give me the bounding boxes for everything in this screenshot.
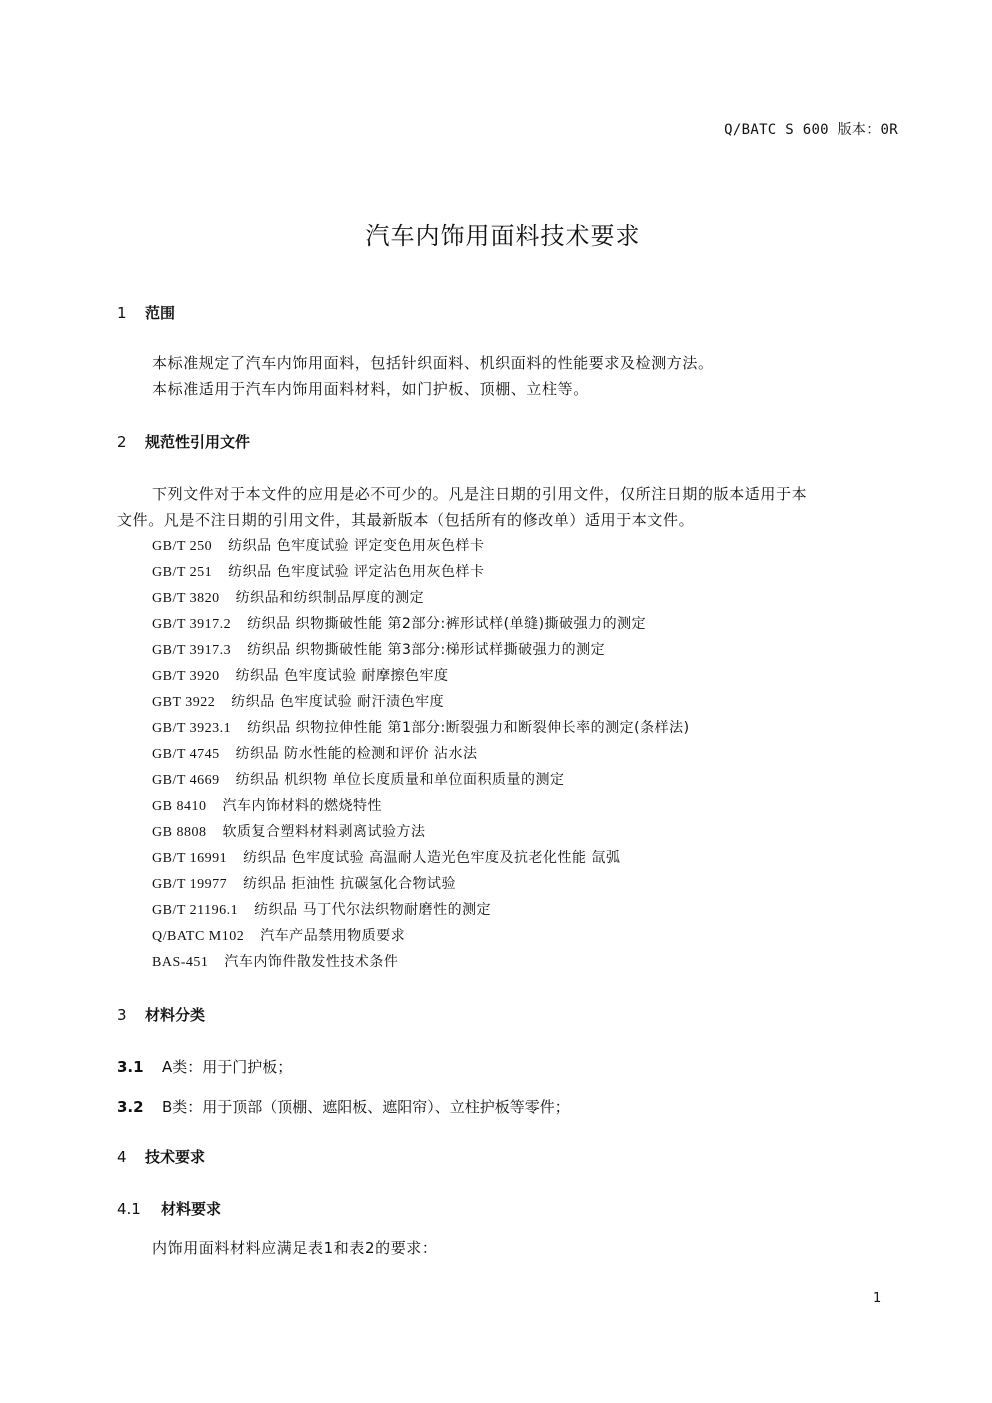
section-title: 材料分类 [145,1006,205,1024]
reference-code: GB/T 3820 [152,591,220,606]
reference-title: 纺织品 织物撕破性能 第3部分:梯形试样撕破强力的测定 [247,642,605,658]
reference-item: GB/T 19977纺织品 拒油性 抗碳氢化合物试验 [152,873,456,893]
page-title: 汽车内饰用面料技术要求 [0,216,992,251]
reference-code: GBT 3922 [152,695,215,710]
reference-title: 纺织品 织物拉伸性能 第1部分:断裂强力和断裂伸长率的测定(条样法) [247,720,689,736]
reference-code: GB/T 3920 [152,669,220,684]
references-intro-line-1: 下列文件对于本文件的应用是必不可少的。凡是注日期的引用文件，仅所注日期的版本适用… [152,483,807,504]
reference-title: 纺织品 防水性能的检测和评价 沾水法 [236,746,478,762]
reference-item: GB/T 21196.1纺织品 马丁代尔法织物耐磨性的测定 [152,899,491,919]
section-title: 规范性引用文件 [145,433,250,451]
reference-item: GB 8808软质复合塑料材料剥离试验方法 [152,821,425,841]
reference-code: BAS-451 [152,955,208,970]
reference-item: GB/T 3917.2纺织品 织物撕破性能 第2部分:裤形试样(单缝)撕破强力的… [152,613,646,633]
document-code: Q/BATC S 600 版本：0R [724,119,898,139]
section-number: 4.1 [117,1200,161,1218]
reference-code: Q/BATC M102 [152,929,244,944]
reference-title: 纺织品 色牢度试验 评定沾色用灰色样卡 [228,564,484,580]
reference-title: 纺织品 机织物 单位长度质量和单位面积质量的测定 [236,772,565,788]
reference-item: BAS-451汽车内饰件散发性技术条件 [152,951,398,971]
section-3-1: 3.1A类：用于门护板； [117,1056,292,1077]
reference-item: GB/T 251纺织品 色牢度试验 评定沾色用灰色样卡 [152,561,485,581]
reference-code: GB/T 3917.3 [152,643,231,658]
reference-item: GB/T 3920纺织品 色牢度试验 耐摩擦色牢度 [152,665,449,685]
reference-title: 纺织品 色牢度试验 耐汗渍色牢度 [231,694,444,710]
reference-code: GB/T 251 [152,565,212,580]
reference-title: 纺织品和纺织制品厚度的测定 [236,590,425,606]
scope-paragraph-2: 本标准适用于汽车内饰用面料材料，如门护板、顶棚、立柱等。 [152,378,589,399]
document-page: Q/BATC S 600 版本：0R 汽车内饰用面料技术要求 1范围 本标准规定… [0,0,992,1403]
reference-code: GB/T 4669 [152,773,220,788]
section-1-heading: 1范围 [117,302,175,323]
section-title: 技术要求 [145,1148,205,1166]
reference-code: GB/T 3923.1 [152,721,231,736]
reference-item: GB/T 4745纺织品 防水性能的检测和评价 沾水法 [152,743,478,763]
reference-item: GB/T 16991纺织品 色牢度试验 高温耐人造光色牢度及抗老化性能 氙弧 [152,847,621,867]
section-4-heading: 4技术要求 [117,1146,205,1167]
reference-item: GB/T 3923.1纺织品 织物拉伸性能 第1部分:断裂强力和断裂伸长率的测定… [152,717,690,737]
reference-title: 纺织品 拒油性 抗碳氢化合物试验 [243,876,456,892]
section-number: 2 [117,433,145,451]
reference-item: GB/T 4669纺织品 机织物 单位长度质量和单位面积质量的测定 [152,769,565,789]
section-text: B类：用于顶部（顶棚、遮阳板、遮阳帘）、立柱护板等零件； [162,1098,570,1116]
section-text: A类：用于门护板； [162,1058,292,1076]
reference-item: GB 8410汽车内饰材料的燃烧特性 [152,795,382,815]
reference-code: GB/T 250 [152,539,212,554]
reference-title: 汽车产品禁用物质要求 [260,928,405,944]
section-title: 范围 [145,304,175,322]
reference-code: GB/T 3917.2 [152,617,231,632]
reference-title: 软质复合塑料材料剥离试验方法 [222,824,425,840]
section-2-heading: 2规范性引用文件 [117,431,250,452]
references-intro-line-2: 文件。凡是不注日期的引用文件，其最新版本（包括所有的修改单）适用于本文件。 [117,509,694,530]
reference-code: GB 8808 [152,825,206,840]
reference-code: GB/T 21196.1 [152,903,238,918]
page-number: 1 [873,1291,881,1306]
reference-item: Q/BATC M102汽车产品禁用物质要求 [152,925,405,945]
section-number: 3.2 [117,1098,162,1116]
section-number: 4 [117,1148,145,1166]
reference-title: 汽车内饰件散发性技术条件 [224,954,398,970]
reference-title: 纺织品 马丁代尔法织物耐磨性的测定 [254,902,491,918]
section-number: 3 [117,1006,145,1024]
reference-code: GB/T 16991 [152,851,227,866]
section-3-2: 3.2B类：用于顶部（顶棚、遮阳板、遮阳帘）、立柱护板等零件； [117,1096,570,1117]
reference-item: GB/T 3820纺织品和纺织制品厚度的测定 [152,587,424,607]
reference-code: GB 8410 [152,799,206,814]
reference-code: GB/T 4745 [152,747,220,762]
reference-title: 纺织品 色牢度试验 高温耐人造光色牢度及抗老化性能 氙弧 [243,850,620,866]
reference-title: 汽车内饰材料的燃烧特性 [222,798,382,814]
material-requirements-paragraph: 内饰用面料材料应满足表1和表2的要求： [152,1237,438,1258]
section-number: 3.1 [117,1058,162,1076]
section-3-heading: 3材料分类 [117,1004,205,1025]
section-4-1-heading: 4.1材料要求 [117,1198,221,1219]
reference-item: GB/T 3917.3纺织品 织物撕破性能 第3部分:梯形试样撕破强力的测定 [152,639,605,659]
reference-item: GB/T 250纺织品 色牢度试验 评定变色用灰色样卡 [152,535,485,555]
scope-paragraph-1: 本标准规定了汽车内饰用面料，包括针织面料、机织面料的性能要求及检测方法。 [152,352,714,373]
reference-code: GB/T 19977 [152,877,227,892]
reference-title: 纺织品 织物撕破性能 第2部分:裤形试样(单缝)撕破强力的测定 [247,616,646,632]
reference-title: 纺织品 色牢度试验 评定变色用灰色样卡 [228,538,484,554]
reference-item: GBT 3922纺织品 色牢度试验 耐汗渍色牢度 [152,691,444,711]
section-number: 1 [117,304,145,322]
reference-title: 纺织品 色牢度试验 耐摩擦色牢度 [236,668,449,684]
section-title: 材料要求 [161,1200,221,1218]
